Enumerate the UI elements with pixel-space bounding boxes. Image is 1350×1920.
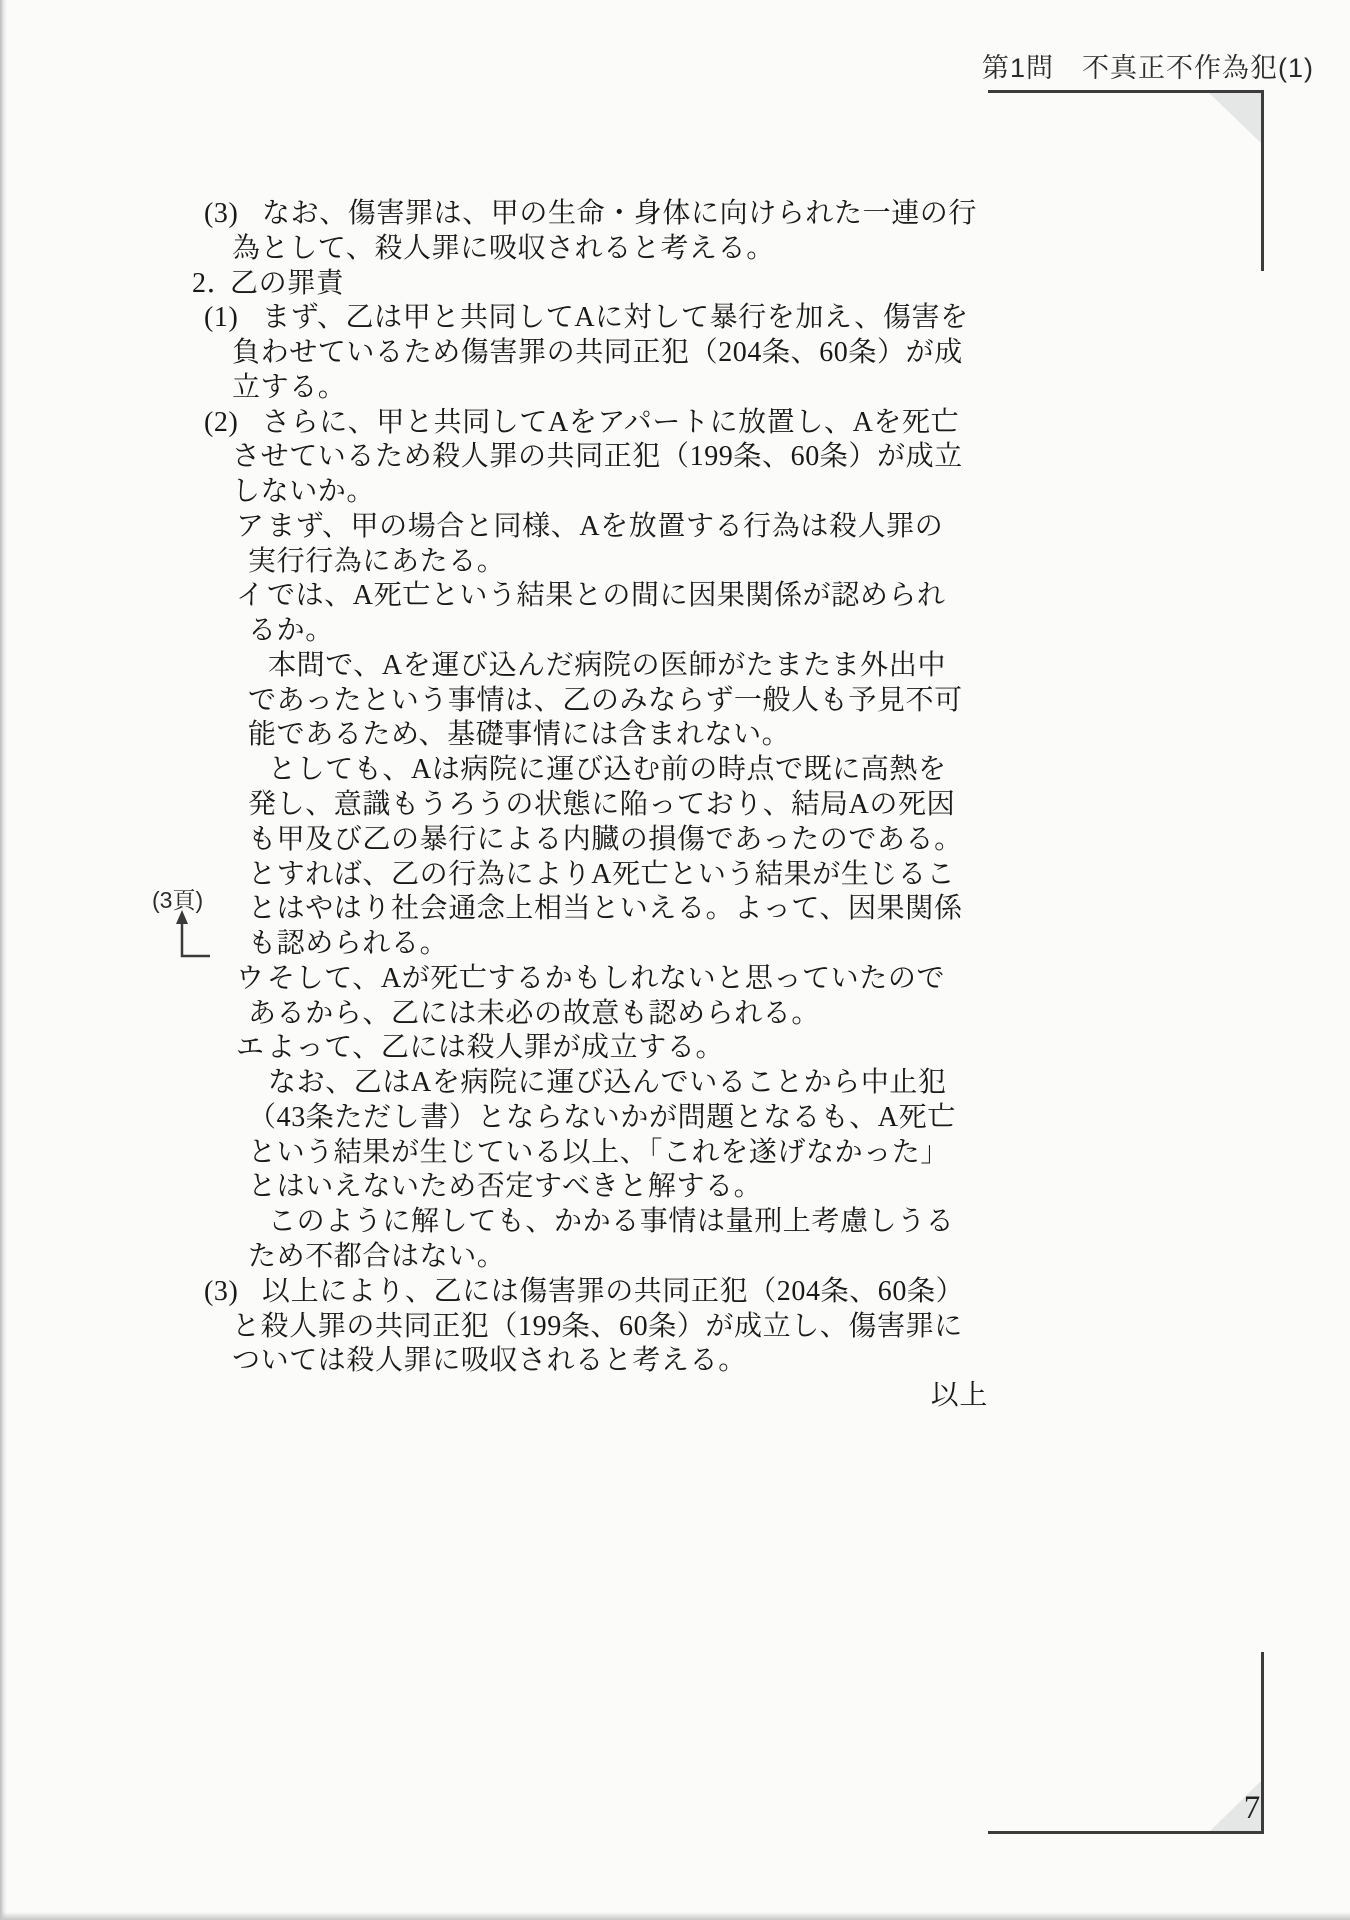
scanned-book-page: { "header": { "title": "第1問 不真正不作為犯(1)" … [0,0,1350,1920]
line-text: であったという事情は、乙のみならず一般人も予見不可 [248,684,963,719]
line-text: まず、甲の場合と同様、Aを放置する行為は殺人罪の [267,510,943,545]
line-text: まず、乙は甲と共同してAに対して暴行を加え、傷害を [262,301,969,336]
text-line: なお、乙はAを病院に運び込んでいることから中止犯 [0,1066,1350,1101]
list-marker: (2) [204,406,238,441]
text-line: ウそして、Aが死亡するかもしれないと思っていたので [0,962,1350,997]
text-line: とすれば、乙の行為によりA死亡という結果が生じるこ [0,858,1350,893]
text-line: しないか。 [0,475,1350,510]
text-line: であったという事情は、乙のみならず一般人も予見不可 [0,684,1350,719]
text-line: あるから、乙には未必の故意も認められる。 [0,997,1350,1032]
line-text: とはやはり社会通念上相当といえる。よって、因果関係 [248,892,962,927]
text-line: ついては殺人罪に吸収されると考える。 [0,1344,1350,1379]
border-rule-top [988,90,1264,93]
line-text: なお、乙はAを病院に運び込んでいることから中止犯 [268,1066,947,1101]
text-line: 2．乙の罪責 [0,267,1350,302]
line-text: 能であるため、基礎事情には含まれない。 [248,718,790,753]
line-text: そして、Aが死亡するかもしれないと思っていたので [267,962,945,997]
text-line: (3)なお、傷害罪は、甲の生命・身体に向けられた一連の行 [0,197,1350,232]
line-text: ついては殺人罪に吸収されると考える。 [232,1344,747,1379]
text-line: (2)さらに、甲と共同してAをアパートに放置し、Aを死亡 [0,406,1350,441]
line-text: よって、乙には殺人罪が成立する。 [267,1031,724,1066]
line-text: 以上により、乙には傷害罪の共同正犯（204条、60条） [262,1275,964,1310]
list-marker: 2． [192,267,235,302]
text-line: とはやはり社会通念上相当といえる。よって、因果関係 [0,892,1350,927]
text-line: アまず、甲の場合と同様、Aを放置する行為は殺人罪の [0,510,1350,545]
running-head-title: 第1問 不真正不作為犯(1) [982,46,1314,85]
line-text: 負わせているため傷害罪の共同正犯（204条、60条）が成 [232,336,963,371]
line-text: も認められる。 [248,927,448,962]
list-marker: (1) [204,301,238,336]
line-text: 乙の罪責 [230,267,344,302]
line-text: 本問で、Aを運び込んだ病院の医師がたまたま外出中 [268,649,946,684]
line-text: あるから、乙には未必の故意も認められる。 [248,997,820,1032]
text-line: とはいえないため否定すべきと解する。 [0,1170,1350,1205]
line-text: とはいえないため否定すべきと解する。 [248,1170,762,1205]
list-marker: (3) [204,1275,238,1310]
list-marker: (3) [204,197,238,232]
line-text: と殺人罪の共同正犯（199条、60条）が成立し、傷害罪に [232,1310,963,1345]
text-line: イでは、A死亡という結果との間に因果関係が認められ [0,579,1350,614]
text-line: 発し、意識もうろうの状態に陥っており、結局Aの死因 [0,788,1350,823]
text-line: (3)以上により、乙には傷害罪の共同正犯（204条、60条） [0,1275,1350,1310]
page-number: 7 [1232,1790,1272,1827]
text-line: 能であるため、基礎事情には含まれない。 [0,718,1350,753]
text-line: ため不都合はない。 [0,1240,1350,1275]
text-line: させているため殺人罪の共同正犯（199条、60条）が成立 [0,440,1350,475]
text-line: エよって、乙には殺人罪が成立する。 [0,1031,1350,1066]
list-marker: エ [236,1031,265,1066]
line-text: しないか。 [232,475,375,510]
text-line: 為として、殺人罪に吸収されると考える。 [0,232,1350,267]
border-rule-bottom [988,1831,1264,1834]
line-text: 実行行為にあたる。 [248,545,505,580]
line-text: も甲及び乙の暴行による内臓の損傷であったのである。 [248,823,963,858]
corner-fold-top-icon [1209,93,1261,143]
text-line: 以上 [0,1379,1350,1414]
line-text: さらに、甲と共同してAをアパートに放置し、Aを死亡 [262,406,959,441]
text-line: と殺人罪の共同正犯（199条、60条）が成立し、傷害罪に [0,1310,1350,1345]
body-text: (3)なお、傷害罪は、甲の生命・身体に向けられた一連の行為として、殺人罪に吸収さ… [0,197,1350,1414]
line-text: とすれば、乙の行為によりA死亡という結果が生じるこ [248,858,955,893]
text-line: （43条ただし書）とならないかが問題となるも、A死亡 [0,1101,1350,1136]
text-line: としても、Aは病院に運び込む前の時点で既に高熱を [0,753,1350,788]
line-text: では、A死亡という結果との間に因果関係が認められ [267,579,946,614]
line-text: 以上 [931,1379,988,1414]
text-line: も甲及び乙の暴行による内臓の損傷であったのである。 [0,823,1350,858]
line-text: 発し、意識もうろうの状態に陥っており、結局Aの死因 [248,788,955,823]
list-marker: ウ [236,962,265,997]
line-text: るか。 [248,614,334,649]
text-line: このように解しても、かかる事情は量刑上考慮しうる [0,1205,1350,1240]
scan-edge-bottom [0,1912,1350,1920]
list-marker: イ [236,579,265,614]
line-text: （43条ただし書）とならないかが問題となるも、A死亡 [248,1101,956,1136]
text-line: 立する。 [0,371,1350,406]
text-line: も認められる。 [0,927,1350,962]
text-line: という結果が生じている以上、「これを遂げなかった」 [0,1136,1350,1171]
line-text: なお、傷害罪は、甲の生命・身体に向けられた一連の行 [262,197,977,232]
text-line: 実行行為にあたる。 [0,545,1350,580]
list-marker: ア [236,510,265,545]
line-text: ため不都合はない。 [248,1240,505,1275]
text-line: るか。 [0,614,1350,649]
text-line: 本問で、Aを運び込んだ病院の医師がたまたま外出中 [0,649,1350,684]
line-text: という結果が生じている以上、「これを遂げなかった」 [248,1136,949,1171]
line-text: としても、Aは病院に運び込む前の時点で既に高熱を [268,753,947,788]
text-line: (1)まず、乙は甲と共同してAに対して暴行を加え、傷害を [0,301,1350,336]
text-line: 負わせているため傷害罪の共同正犯（204条、60条）が成 [0,336,1350,371]
line-text: 為として、殺人罪に吸収されると考える。 [232,232,775,267]
line-text: 立する。 [232,371,346,406]
line-text: このように解しても、かかる事情は量刑上考慮しうる [268,1205,954,1240]
line-text: させているため殺人罪の共同正犯（199条、60条）が成立 [232,440,963,475]
